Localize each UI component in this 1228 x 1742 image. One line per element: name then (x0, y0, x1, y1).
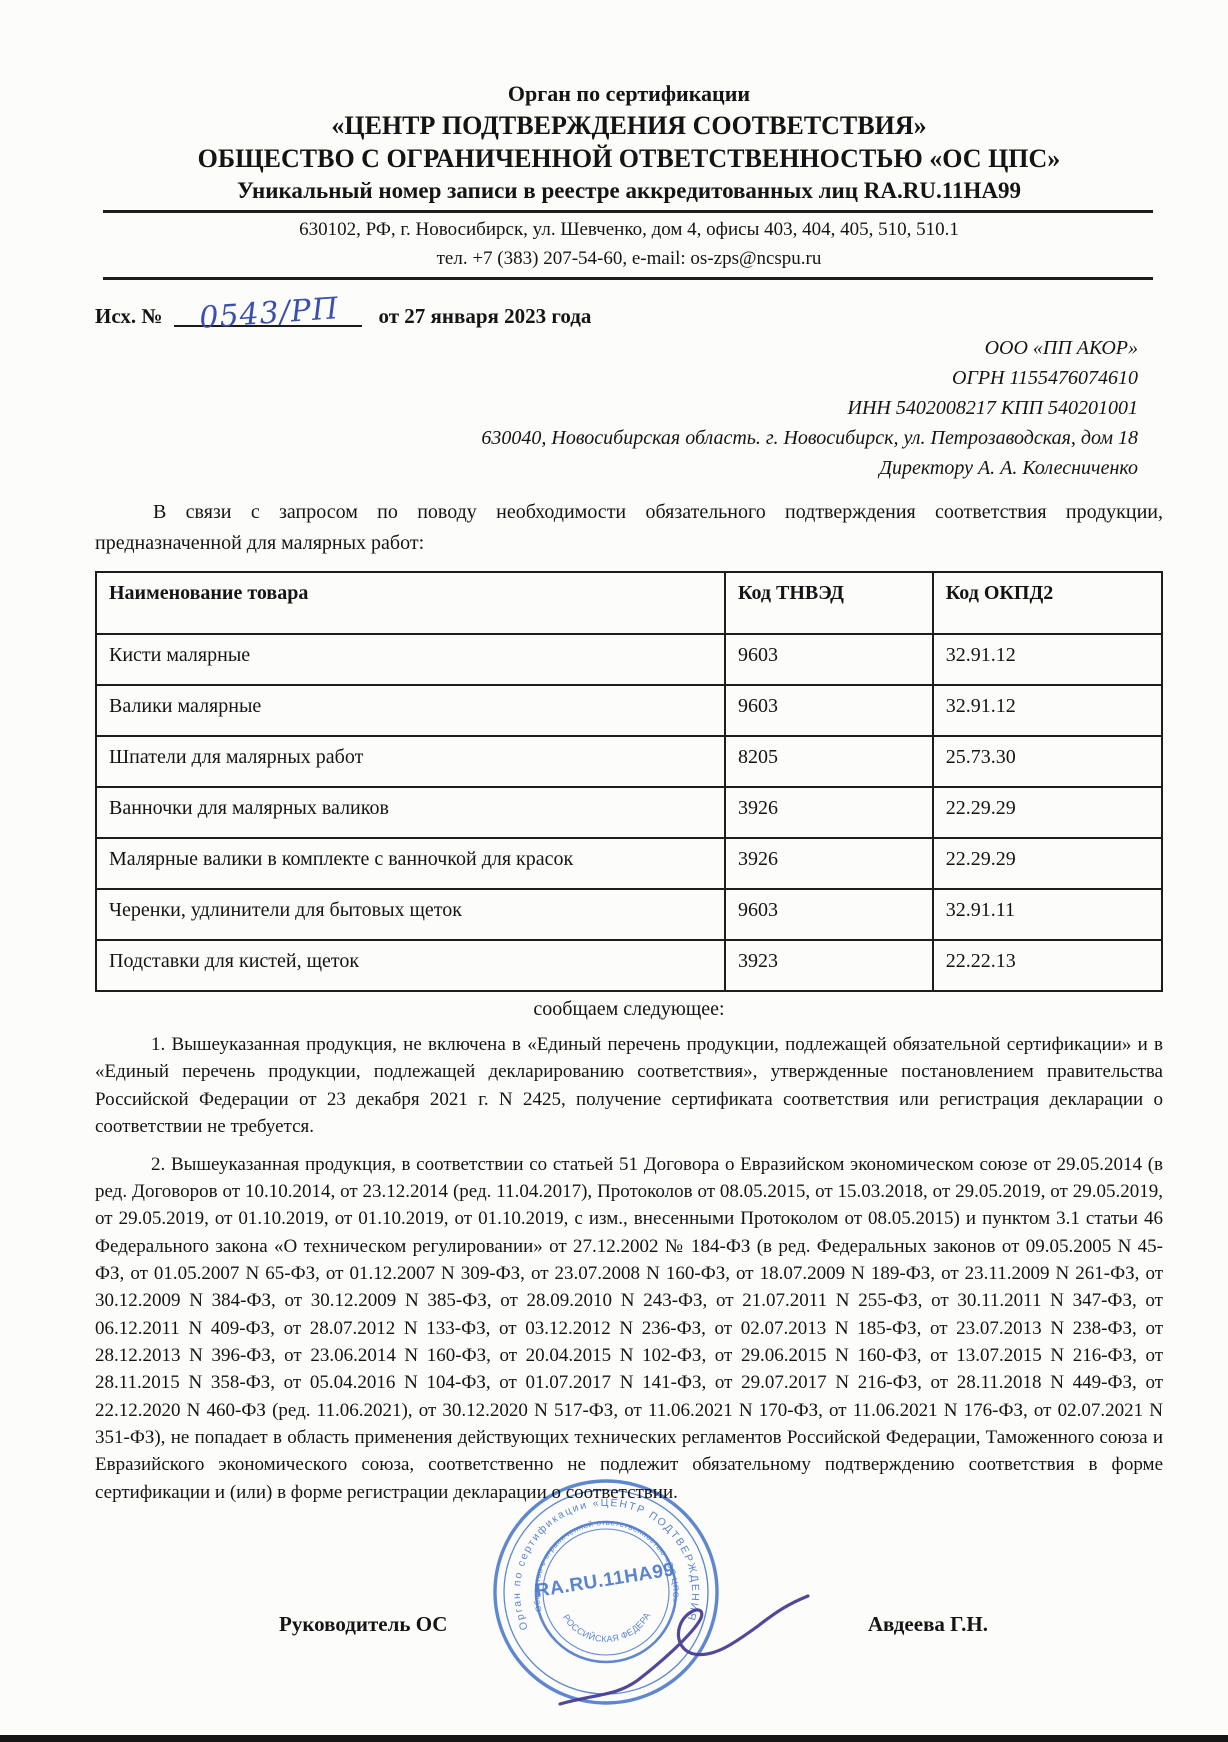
table-row: Подставки для кистей, щеток 3923 22.22.1… (96, 940, 1162, 991)
tnved-code-cell: 3923 (725, 940, 933, 991)
stamp-country-text: РОССИЙСКАЯ ФЕДЕРАЦИЯ (478, 1464, 652, 1644)
column-header-okpd2-code: Код ОКПД2 (933, 572, 1162, 634)
signature-title: Руководитель ОС (279, 1612, 447, 1637)
letterhead-divider-top (103, 210, 1153, 213)
okpd2-code-cell: 32.91.12 (933, 685, 1162, 736)
product-name-cell: Валики малярные (96, 685, 725, 736)
letterhead-divider-bottom (103, 277, 1153, 280)
after-table-line: сообщаем следующее: (95, 998, 1163, 1021)
reference-line: Исх. № 0543/РП от 27 января 2023 года (95, 293, 1163, 329)
product-name-cell: Черенки, удлинители для бытовых щеток (96, 889, 725, 940)
outgoing-number-label: Исх. № (95, 304, 162, 329)
stamp-outer-circle (495, 1481, 717, 1703)
letter-date: от 27 января 2023 года (378, 304, 591, 329)
table-row: Черенки, удлинители для бытовых щеток 96… (96, 889, 1162, 940)
outgoing-number-field: 0543/РП (174, 291, 362, 327)
product-name-cell: Ванночки для малярных валиков (96, 787, 725, 838)
recipient-ogrn: ОГРН 1155476074610 (95, 363, 1138, 393)
tnved-code-cell: 8205 (725, 736, 933, 787)
tnved-code-cell: 9603 (725, 685, 933, 736)
accreditation-number-line: Уникальный номер записи в реестре аккред… (95, 176, 1163, 206)
table-row: Малярные валики в комплекте с ванночкой … (96, 838, 1162, 889)
product-name-cell: Кисти малярные (96, 634, 725, 685)
letter-content: Орган по сертификации «ЦЕНТР ПОДТВЕРЖДЕН… (95, 0, 1163, 1506)
recipient-block: ООО «ПП АКОР» ОГРН 1155476074610 ИНН 540… (95, 333, 1138, 483)
okpd2-code-cell: 32.91.12 (933, 634, 1162, 685)
stamp-accreditation-code: RA.RU.11HA99 (534, 1559, 676, 1602)
tnved-code-cell: 9603 (725, 634, 933, 685)
recipient-person: Директору А. А. Колесниченко (95, 453, 1138, 483)
tnved-code-cell: 3926 (725, 838, 933, 889)
recipient-company: ООО «ПП АКОР» (95, 333, 1138, 363)
tnved-code-cell: 3926 (725, 787, 933, 838)
org-address-line: 630102, РФ, г. Новосибирск, ул. Шевченко… (95, 216, 1163, 245)
letterhead: Орган по сертификации «ЦЕНТР ПОДТВЕРЖДЕН… (95, 0, 1163, 206)
table-row: Кисти малярные 9603 32.91.12 (96, 634, 1162, 685)
org-type-line: Орган по сертификации (95, 80, 1163, 109)
intro-paragraph: В связи с запросом по поводу необходимос… (95, 497, 1163, 559)
recipient-inn-kpp: ИНН 5402008217 КПП 540201001 (95, 393, 1138, 423)
table-header-row: Наименование товара Код ТНВЭД Код ОКПД2 (96, 572, 1162, 634)
okpd2-code-cell: 22.22.13 (933, 940, 1162, 991)
org-contacts-line: тел. +7 (383) 207-54-60, e-mail: os-zps@… (95, 245, 1163, 274)
handwritten-outgoing-number: 0543/РП (198, 291, 340, 336)
round-stamp: Орган по сертификации «ЦЕНТР ПОДТВЕРЖДЕН… (478, 1464, 838, 1734)
okpd2-code-cell: 22.29.29 (933, 838, 1162, 889)
product-name-cell: Шпатели для малярных работ (96, 736, 725, 787)
table-row: Шпатели для малярных работ 8205 25.73.30 (96, 736, 1162, 787)
scan-bottom-edge-artifact (0, 1735, 1228, 1742)
okpd2-code-cell: 32.91.11 (933, 889, 1162, 940)
signature-name: Авдеева Г.Н. (868, 1612, 988, 1637)
okpd2-code-cell: 22.29.29 (933, 787, 1162, 838)
paragraph-2: 2. Вышеуказанная продукция, в соответств… (95, 1151, 1163, 1507)
table-row: Ванночки для малярных валиков 3926 22.29… (96, 787, 1162, 838)
signature-stroke (560, 1596, 808, 1704)
org-name-line: «ЦЕНТР ПОДТВЕРЖДЕНИЯ СООТВЕТСТВИЯ» (95, 109, 1163, 143)
org-legal-name-line: ОБЩЕСТВО С ОГРАНИЧЕННОЙ ОТВЕТСТВЕННОСТЬЮ… (95, 142, 1163, 176)
product-name-cell: Подставки для кистей, щеток (96, 940, 725, 991)
scanned-letter-page: Орган по сертификации «ЦЕНТР ПОДТВЕРЖДЕН… (0, 0, 1228, 1742)
tnved-code-cell: 9603 (725, 889, 933, 940)
product-codes-table: Наименование товара Код ТНВЭД Код ОКПД2 … (95, 571, 1163, 992)
column-header-tnved-code: Код ТНВЭД (725, 572, 933, 634)
column-header-product-name: Наименование товара (96, 572, 725, 634)
recipient-address: 630040, Новосибирская область. г. Новоси… (95, 423, 1138, 453)
paragraph-1: 1. Вышеуказанная продукция, не включена … (95, 1031, 1163, 1140)
table-row: Валики малярные 9603 32.91.12 (96, 685, 1162, 736)
product-name-cell: Малярные валики в комплекте с ванночкой … (96, 838, 725, 889)
okpd2-code-cell: 25.73.30 (933, 736, 1162, 787)
